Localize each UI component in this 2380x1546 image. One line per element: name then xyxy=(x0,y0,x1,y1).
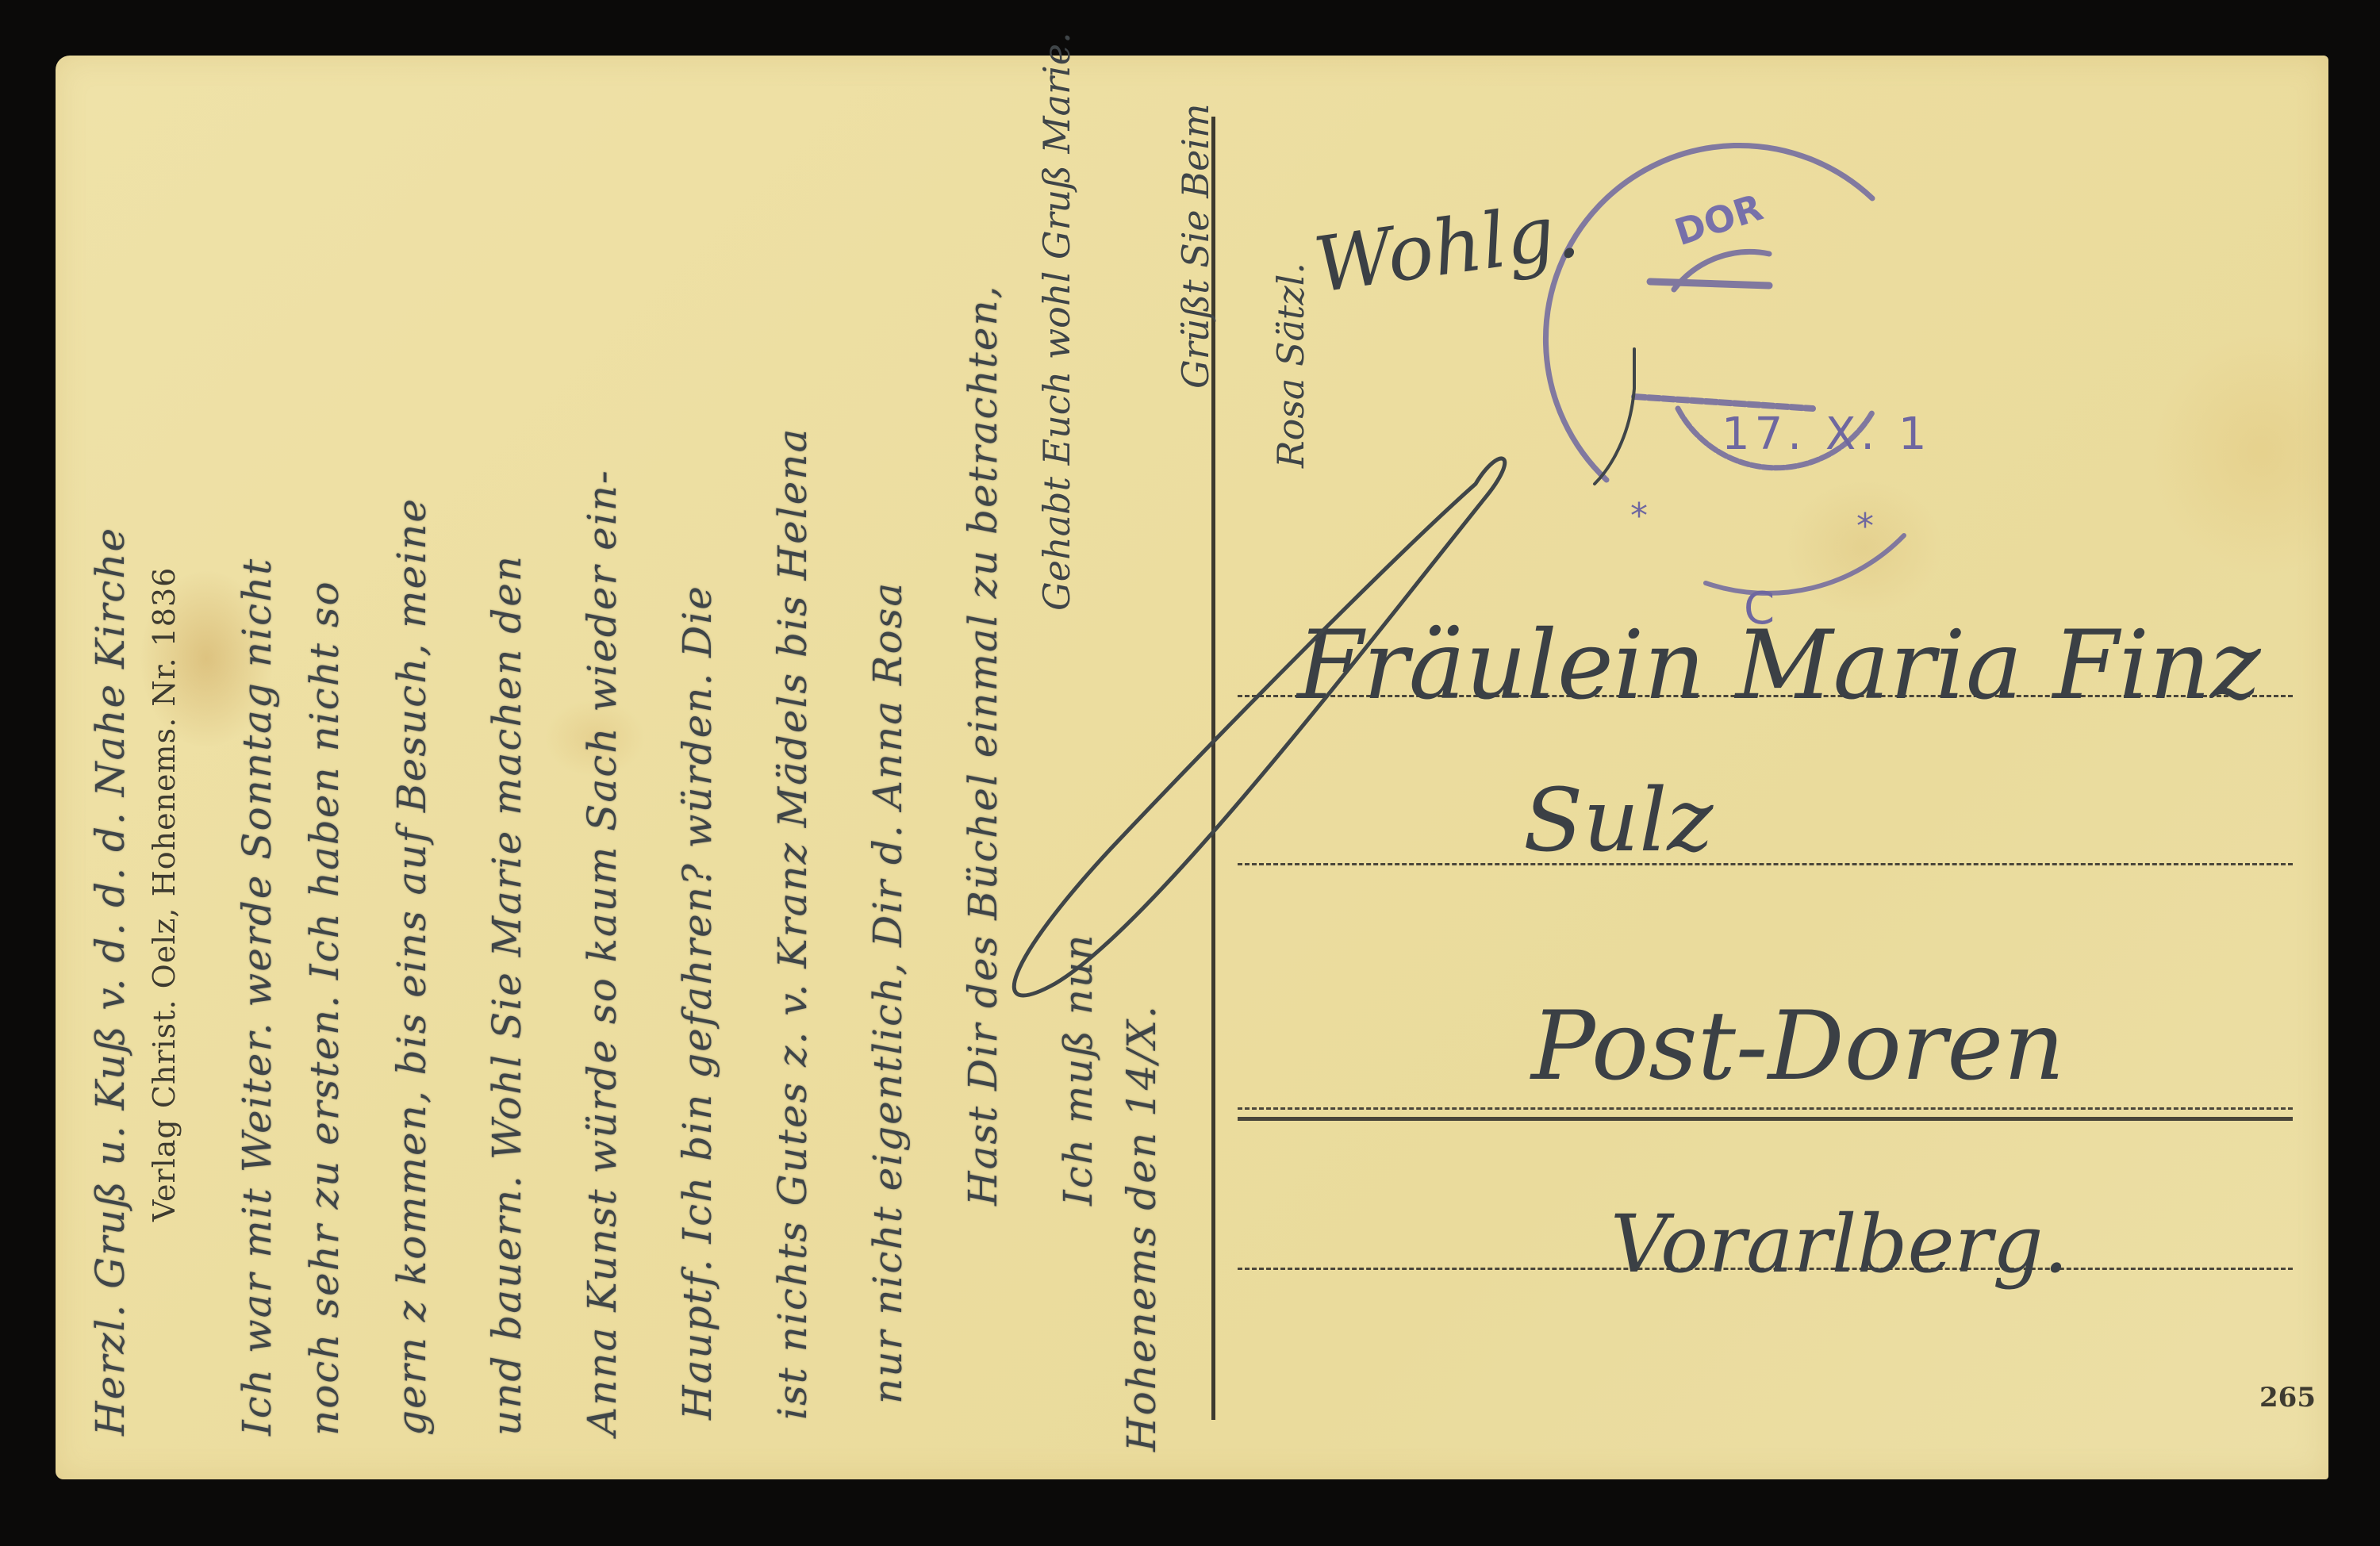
message-line: Anna Kunst würde so kaum Sach wieder ein… xyxy=(579,469,625,1436)
side-note-signature: Rosa Sätzl. xyxy=(1269,263,1312,468)
publisher-imprint: Verlag Christ. Oelz, Hohenems. Nr. 1836 xyxy=(147,567,182,1222)
message-line: gern z kommen, bis eins auf Besuch, mein… xyxy=(389,497,435,1436)
recipient-name: Fräulein Maria Finz xyxy=(1297,611,2261,721)
message-line: noch sehr zu ersten. Ich haben nicht so xyxy=(301,580,347,1436)
salutation: Wohlg. xyxy=(1309,185,1584,309)
message-line: Hauptf. Ich bin gefahren? würden. Die xyxy=(674,585,720,1420)
side-note: Grüßt Sie Beim xyxy=(1174,103,1217,389)
message-line: Hast Dir des Büchel einmal zu betrachten… xyxy=(960,285,1006,1206)
recipient-post-office: Post-Doren xyxy=(1531,992,2065,1102)
recipient-region: Vorarlberg. xyxy=(1610,1198,2068,1291)
postmark-date: 17. X. 1 xyxy=(1722,409,1931,460)
address-line-2 xyxy=(1238,863,2293,865)
recipient-locality: Sulz xyxy=(1523,769,1713,871)
address-line-3-underline xyxy=(1238,1117,2293,1121)
message-line: Ich war mit Weiter. werde Sonntag nicht xyxy=(234,558,280,1436)
message-line: Ich muß nun xyxy=(1055,934,1101,1206)
message-line: nur nicht eigentlich, Dir d. Anna Rosa xyxy=(865,581,911,1404)
postmark-star-left: * xyxy=(1630,496,1648,536)
message-line: Herzl. Gruß u. Kuß v. d. d. d. Nahe Kirc… xyxy=(87,527,133,1436)
postmark-star-right: * xyxy=(1856,506,1874,547)
message-place-date: Hohenems den 14/X. xyxy=(1119,1004,1165,1452)
message-line: und bauern. Wohl Sie Marie machen den xyxy=(484,554,530,1436)
postcard: Verlag Christ. Oelz, Hohenems. Nr. 1836 … xyxy=(56,56,2328,1479)
message-line: ist nichts Gutes z. v. Kranz Mädels bis … xyxy=(770,428,816,1420)
card-number: 265 xyxy=(2259,1382,2316,1414)
address-line-3 xyxy=(1238,1107,2293,1110)
postmark-town: DOR xyxy=(1669,186,1768,254)
message-closing: Gehabt Euch wohl Gruß Marie. xyxy=(1035,32,1078,611)
